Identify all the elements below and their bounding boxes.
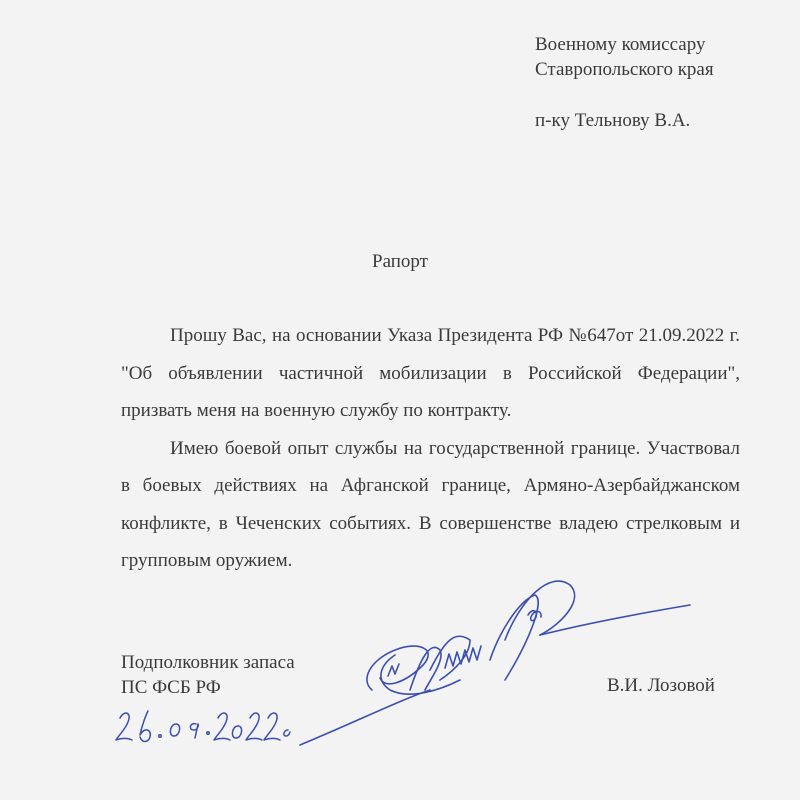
document-page: Военному комиссару Ставропольского края … — [0, 0, 800, 800]
document-title: Рапорт — [0, 251, 800, 273]
paragraph-1: Прошу Вас, на основании Указа Президента… — [121, 317, 740, 430]
addressee-line-3: п-ку Тельнову В.А. — [535, 108, 714, 133]
signer-rank-block: Подполковник запаса ПС ФСБ РФ — [121, 650, 295, 700]
addressee-line-1: Военному комиссару — [535, 32, 714, 57]
paragraph-2: Имею боевой опыт службы на государственн… — [121, 430, 740, 580]
document-body: Прошу Вас, на основании Указа Президента… — [121, 317, 740, 580]
signer-rank: Подполковник запаса — [121, 650, 295, 675]
signer-name: В.И. Лозовой — [607, 675, 715, 697]
addressee-line-2: Ставропольского края — [535, 57, 714, 82]
signer-unit: ПС ФСБ РФ — [121, 675, 295, 700]
addressee-block: Военному комиссару Ставропольского края … — [535, 32, 714, 133]
